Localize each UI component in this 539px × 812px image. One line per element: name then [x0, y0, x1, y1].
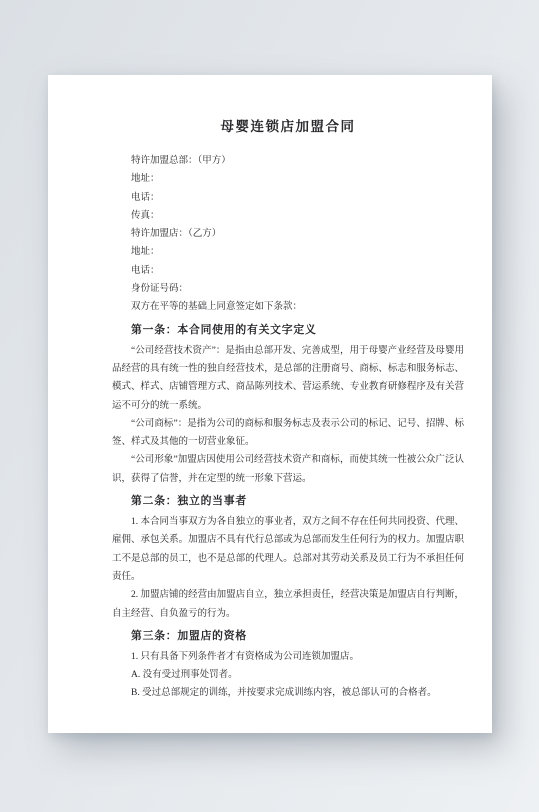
party-line-franchisor: 特许加盟总部：（甲方）	[112, 152, 464, 170]
section-3-item-b: B. 受过总部规定的训练，并按要求完成训练内容，被总部认可的合格者。	[112, 684, 464, 702]
section-2-paragraph-1: 1. 本合同当事双方为各自独立的事业者，双方之间不存在任何共同投资、代理、雇佣、…	[112, 513, 464, 586]
party-line-phone-a: 电话：	[112, 189, 464, 207]
section-1-heading: 第一条：本合同使用的有关文字定义	[112, 321, 464, 340]
party-line-fax-a: 传真：	[112, 207, 464, 225]
section-3-item-a: A. 没有受过刑事处罚者。	[112, 666, 464, 684]
document-title: 母婴连锁店加盟合同	[112, 116, 464, 138]
section-1-paragraph-2: “公司商标”：是指为公司的商标和服务标志及表示公司的标记、记号、招牌、标签、样式…	[112, 415, 464, 452]
section-2: 第二条：独立的当事者 1. 本合同当事双方为各自独立的事业者，双方之间不存在任何…	[112, 492, 464, 623]
party-line-phone-b: 电话：	[112, 262, 464, 280]
agreement-intro-line: 双方在平等的基础上同意签定如下条款：	[112, 298, 464, 316]
party-line-address-a: 地址：	[112, 170, 464, 188]
section-1-paragraph-1: “公司经营技术资产”：是指由总部开发、完善成型，用于母婴产业经营及母婴用品经营的…	[112, 342, 464, 415]
section-1-paragraph-3: “公司形象”加盟店因使用公司经营技术资产和商标，而使其统一性被公众广泛认识，获得…	[112, 451, 464, 488]
party-line-franchisee: 特许加盟店：（乙方）	[112, 225, 464, 243]
section-3: 第三条：加盟店的资格 1. 只有具备下列条件者才有资格成为公司连锁加盟店。 A.…	[112, 627, 464, 703]
section-3-item-1: 1. 只有具备下列条件者才有资格成为公司连锁加盟店。	[112, 648, 464, 666]
contract-document: 母婴连锁店加盟合同 特许加盟总部：（甲方） 地址： 电话： 传真： 特许加盟店：…	[48, 75, 492, 733]
party-line-address-b: 地址：	[112, 243, 464, 261]
party-line-id-number: 身份证号码：	[112, 280, 464, 298]
document-page: 母婴连锁店加盟合同 特许加盟总部：（甲方） 地址： 电话： 传真： 特许加盟店：…	[48, 75, 492, 733]
section-2-heading: 第二条：独立的当事者	[112, 492, 464, 511]
section-3-heading: 第三条：加盟店的资格	[112, 627, 464, 646]
section-2-paragraph-2: 2. 加盟店铺的经营由加盟店自立，独立承担责任，经营决策是加盟店自行判断，自主经…	[112, 586, 464, 623]
section-1: 第一条：本合同使用的有关文字定义 “公司经营技术资产”：是指由总部开发、完善成型…	[112, 321, 464, 488]
